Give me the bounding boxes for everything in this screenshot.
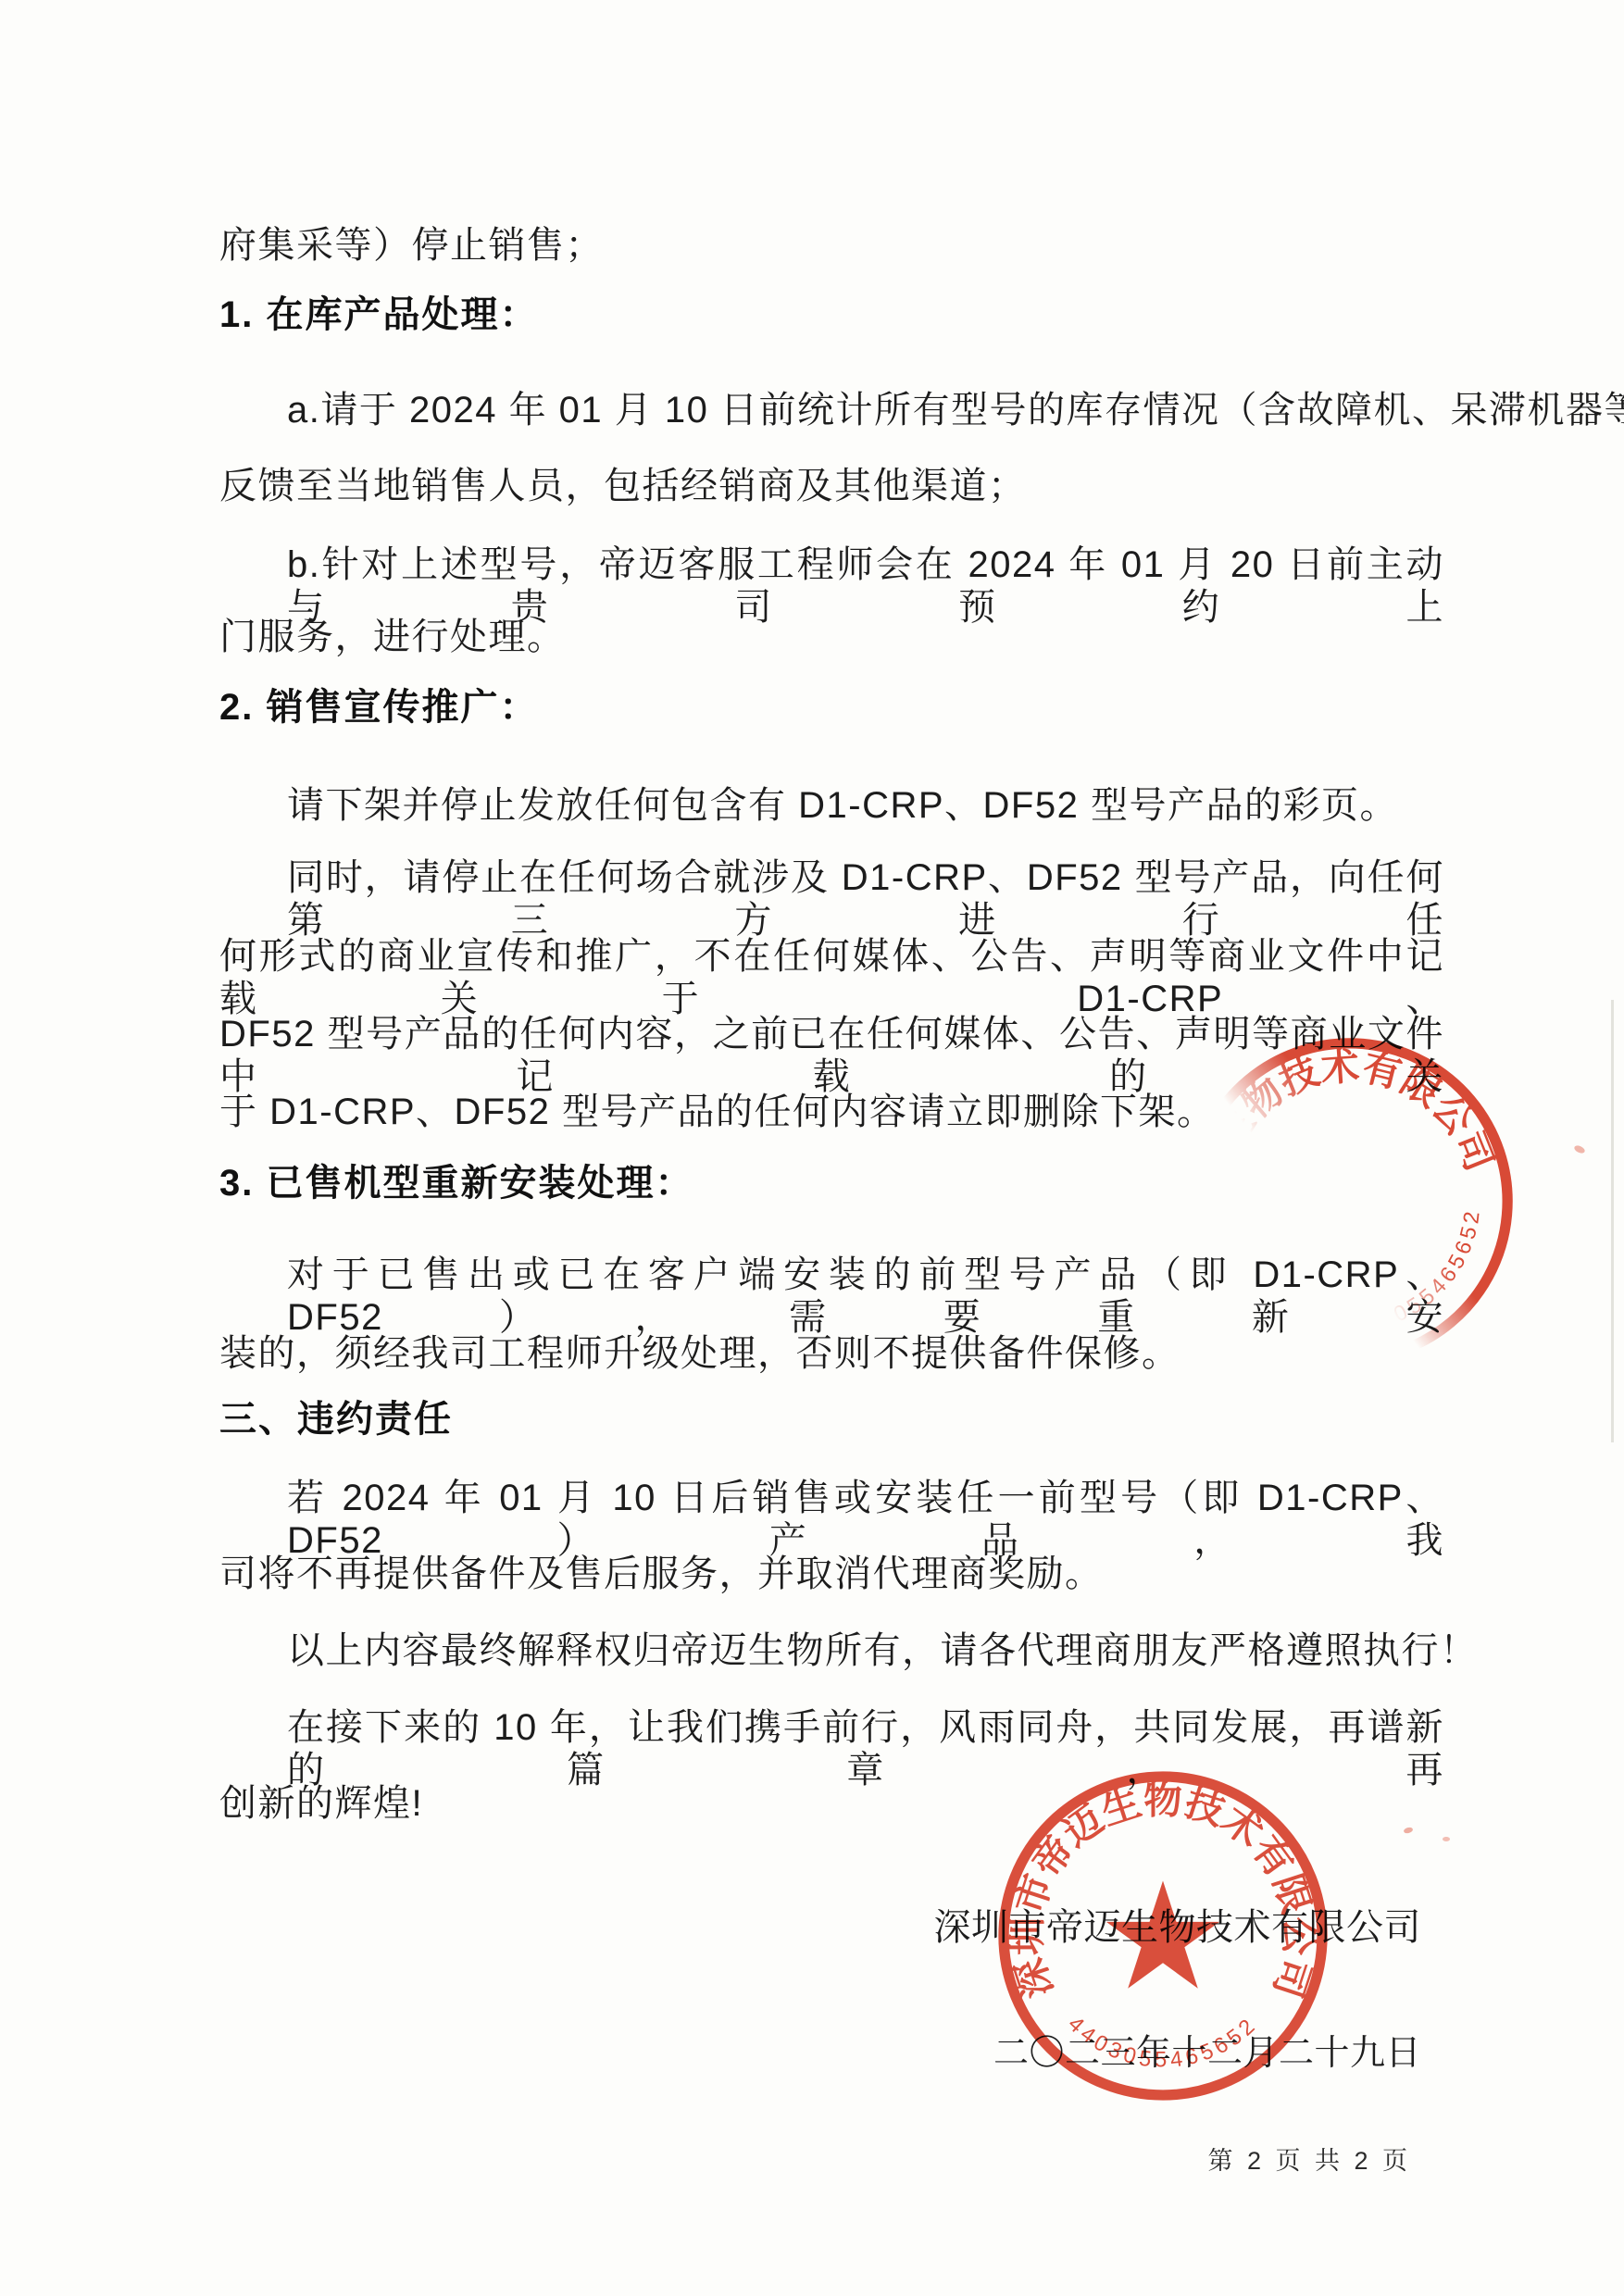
doc-line: 若 2024 年 01 月 10 日后销售或安装任一前型号（即 D1-CRP、D… — [287, 1477, 1444, 1562]
doc-line: 创新的辉煌! — [219, 1782, 1444, 1825]
doc-line: 以上内容最终解释权归帝迈生物所有，请各代理商朋友严格遵照执行！ — [287, 1629, 1444, 1672]
doc-heading-3: 3. 已售机型重新安装处理： — [219, 1162, 1444, 1204]
scanned-notice-page: { "colors": { "seal_red": "#d8402c", "in… — [0, 0, 1624, 2296]
doc-heading-section-3: 三、违约责任 — [219, 1398, 1444, 1441]
page-number-footer: 第 2 页 共 2 页 — [1207, 2140, 1411, 2177]
seal-ink-speck — [1443, 1837, 1450, 1841]
doc-line: 何形式的商业宣传和推广，不在任何媒体、公告、声明等商业文件中记载关于 D1-CR… — [219, 935, 1444, 1020]
doc-heading-2: 2. 销售宣传推广： — [219, 686, 1444, 729]
doc-line: 府集采等）停止销售； — [219, 224, 1444, 267]
doc-line: DF52 型号产品的任何内容，之前已在任何媒体、公告、声明等商业文件中记载的关 — [219, 1013, 1444, 1098]
doc-line: 在接下来的 10 年，让我们携手前行，风雨同舟，共同发展，再谱新的篇章，再 — [287, 1706, 1444, 1791]
signature-company-name: 深圳市帝迈生物技术有限公司 — [934, 1898, 1422, 1951]
seal-ink-speck — [1573, 1144, 1586, 1154]
doc-line: 司将不再提供备件及售后服务，并取消代理商奖励。 — [219, 1553, 1444, 1595]
seal-ink-speck — [1403, 1827, 1413, 1834]
doc-line: 反馈至当地销售人员，包括经销商及其他渠道； — [219, 465, 1444, 507]
doc-line: 对于已售出或已在客户端安装的前型号产品（即 D1-CRP、DF52），需要重新安 — [287, 1254, 1444, 1339]
doc-line: 于 D1-CRP、DF52 型号产品的任何内容请立即删除下架。 — [219, 1091, 1444, 1133]
signature-date: 二〇二三年十二月二十九日 — [993, 2024, 1421, 2075]
scanner-edge-artifact — [1611, 1000, 1614, 1442]
doc-line: 请下架并停止发放任何包含有 D1-CRP、DF52 型号产品的彩页。 — [287, 784, 1444, 827]
doc-line: 门服务，进行处理。 — [219, 616, 1444, 658]
doc-heading-1: 1. 在库产品处理： — [219, 293, 1444, 336]
doc-line: 装的，须经我司工程师升级处理，否则不提供备件保修。 — [219, 1332, 1444, 1375]
doc-line: 同时，请停止在任何场合就涉及 D1-CRP、DF52 型号产品，向任何第三方进行… — [287, 856, 1444, 942]
doc-line: a.请于 2024 年 01 月 10 日前统计所有型号的库存情况（含故障机、呆… — [287, 389, 1444, 431]
